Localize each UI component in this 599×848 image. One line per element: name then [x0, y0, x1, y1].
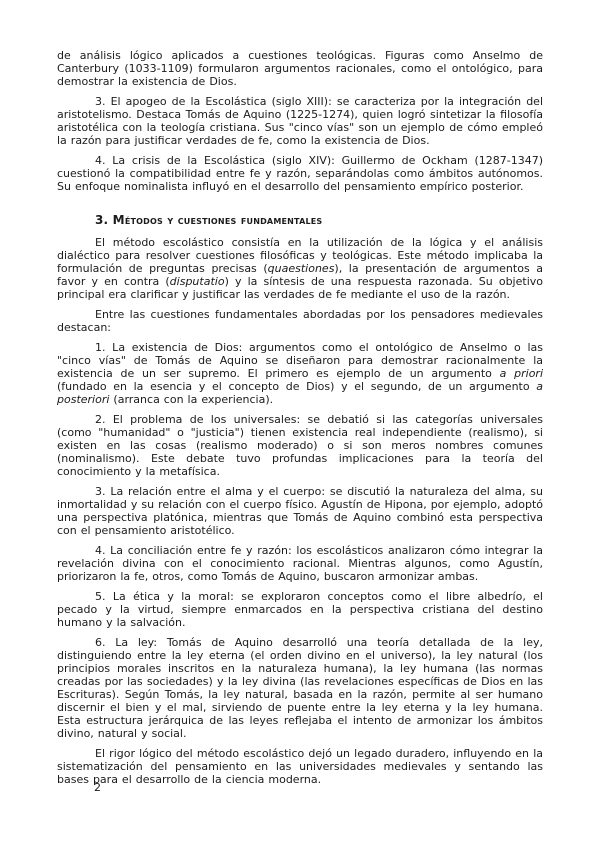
paragraph: 3. La relación entre el alma y el cuerpo…: [57, 485, 543, 537]
section-heading: 3. Métodos y cuestiones fundamentales: [57, 213, 543, 227]
text-run: 1. La existencia de Dios: argumentos com…: [57, 341, 543, 380]
paragraph: 2. El problema de los universales: se de…: [57, 413, 543, 478]
text-run: Entre las cuestiones fundamentales abord…: [57, 308, 543, 334]
text-run: 3. El apogeo de la Escolástica (siglo XI…: [57, 95, 543, 147]
paragraph: 4. La conciliación entre fe y razón: los…: [57, 544, 543, 583]
text-run: 5. La ética y la moral: se exploraron co…: [57, 590, 543, 629]
paragraph: 1. La existencia de Dios: argumentos com…: [57, 341, 543, 406]
document-body: de análisis lógico aplicados a cuestione…: [57, 49, 543, 793]
paragraph: Entre las cuestiones fundamentales abord…: [57, 308, 543, 334]
paragraph: 4. La crisis de la Escolástica (siglo XI…: [57, 154, 543, 193]
paragraph: El rigor lógico del método escolástico d…: [57, 747, 543, 786]
text-run: (arranca con la experiencia).: [109, 393, 273, 406]
italic-run: disputatio: [170, 275, 225, 288]
text-run: 4. La conciliación entre fe y razón: los…: [57, 544, 543, 583]
text-run: 2. El problema de los universales: se de…: [57, 413, 543, 478]
text-run: 3. La relación entre el alma y el cuerpo…: [57, 485, 543, 537]
text-run: de análisis lógico aplicados a cuestione…: [57, 49, 543, 88]
text-run: 6. La ley: Tomás de Aquino desarrolló un…: [57, 636, 543, 740]
text-run: 4. La crisis de la Escolástica (siglo XI…: [57, 154, 543, 193]
paragraph: 6. La ley: Tomás de Aquino desarrolló un…: [57, 636, 543, 740]
document-page: de análisis lógico aplicados a cuestione…: [0, 0, 599, 848]
paragraph: 3. El apogeo de la Escolástica (siglo XI…: [57, 95, 543, 147]
page-number: 2: [94, 781, 101, 794]
paragraph: 5. La ética y la moral: se exploraron co…: [57, 590, 543, 629]
text-run: El rigor lógico del método escolástico d…: [57, 747, 543, 786]
italic-run: a priori: [500, 367, 543, 380]
paragraph: de análisis lógico aplicados a cuestione…: [57, 49, 543, 88]
text-run: (fundado en la esencia y el concepto de …: [57, 380, 536, 393]
paragraph: El método escolástico consistía en la ut…: [57, 236, 543, 301]
italic-run: quaestiones: [268, 262, 335, 275]
